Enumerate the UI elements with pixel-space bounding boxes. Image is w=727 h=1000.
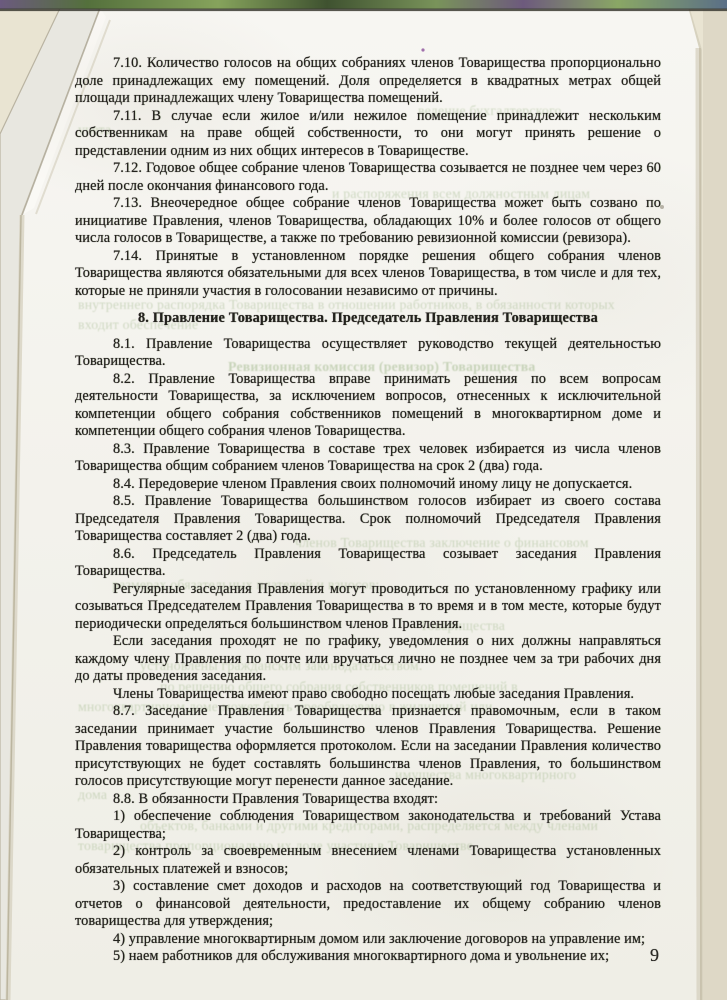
right-edge-line bbox=[700, 48, 701, 1000]
lid-shadow-line bbox=[0, 9, 727, 12]
document-body: 7.10. Количество голосов на общих собран… bbox=[75, 55, 661, 966]
paragraph: 7.12. Годовое общее собрание членов Това… bbox=[75, 160, 661, 195]
paragraph: 1) обеспечение соблюдения Товариществом … bbox=[75, 808, 661, 843]
page-number: 9 bbox=[650, 945, 659, 966]
paragraph: 8.6. Председатель Правления Товарищества… bbox=[75, 546, 661, 581]
paragraph: 7.14. Принятые в установленном порядке р… bbox=[75, 248, 661, 301]
paragraph: 8.3. Правление Товарищества в составе тр… bbox=[75, 441, 661, 476]
scanner-strip bbox=[0, 0, 727, 9]
paragraph: 8.7. Заседание Правления Товарищества пр… bbox=[75, 703, 661, 791]
paragraph: 8.2. Правление Товарищества вправе прини… bbox=[75, 371, 661, 441]
paragraph: 8.5. Правление Товарищества большинством… bbox=[75, 493, 661, 546]
paragraph: 8.8. В обязанности Правления Товариществ… bbox=[75, 791, 661, 809]
right-edge-shadow bbox=[698, 48, 699, 1000]
section-heading: 8. Правление Товарищества. Председатель … bbox=[75, 310, 661, 328]
paragraph: 5) наем работников для обслуживания мног… bbox=[75, 948, 661, 966]
scanner-bed-right bbox=[703, 0, 727, 1000]
paragraph: 8.1. Правление Товарищества осуществляет… bbox=[75, 336, 661, 371]
paragraph: 8.4. Передоверие членом Правления своих … bbox=[75, 476, 661, 494]
paragraph: 7.13. Внеочередное общее собрание членов… bbox=[75, 195, 661, 248]
paragraph: 4) управление многоквартирным домом или … bbox=[75, 931, 661, 949]
paragraph: 2) контроль за своевременным внесением ч… bbox=[75, 843, 661, 878]
paragraph: 7.11. В случае если жилое и/или нежилое … bbox=[75, 108, 661, 161]
paragraph: Если заседания проходят не по графику, у… bbox=[75, 633, 661, 686]
speck bbox=[421, 48, 424, 51]
paragraph: 7.10. Количество голосов на общих собран… bbox=[75, 55, 661, 108]
paragraph: Члены Товарищества имеют право свободно … bbox=[75, 686, 661, 704]
paragraph: 3) составление смет доходов и расходов н… bbox=[75, 878, 661, 931]
paragraph: Регулярные заседания Правления могут про… bbox=[75, 581, 661, 634]
scanned-document-page: ведение бухгалтерскогоучетаи распоряжени… bbox=[0, 0, 727, 1000]
